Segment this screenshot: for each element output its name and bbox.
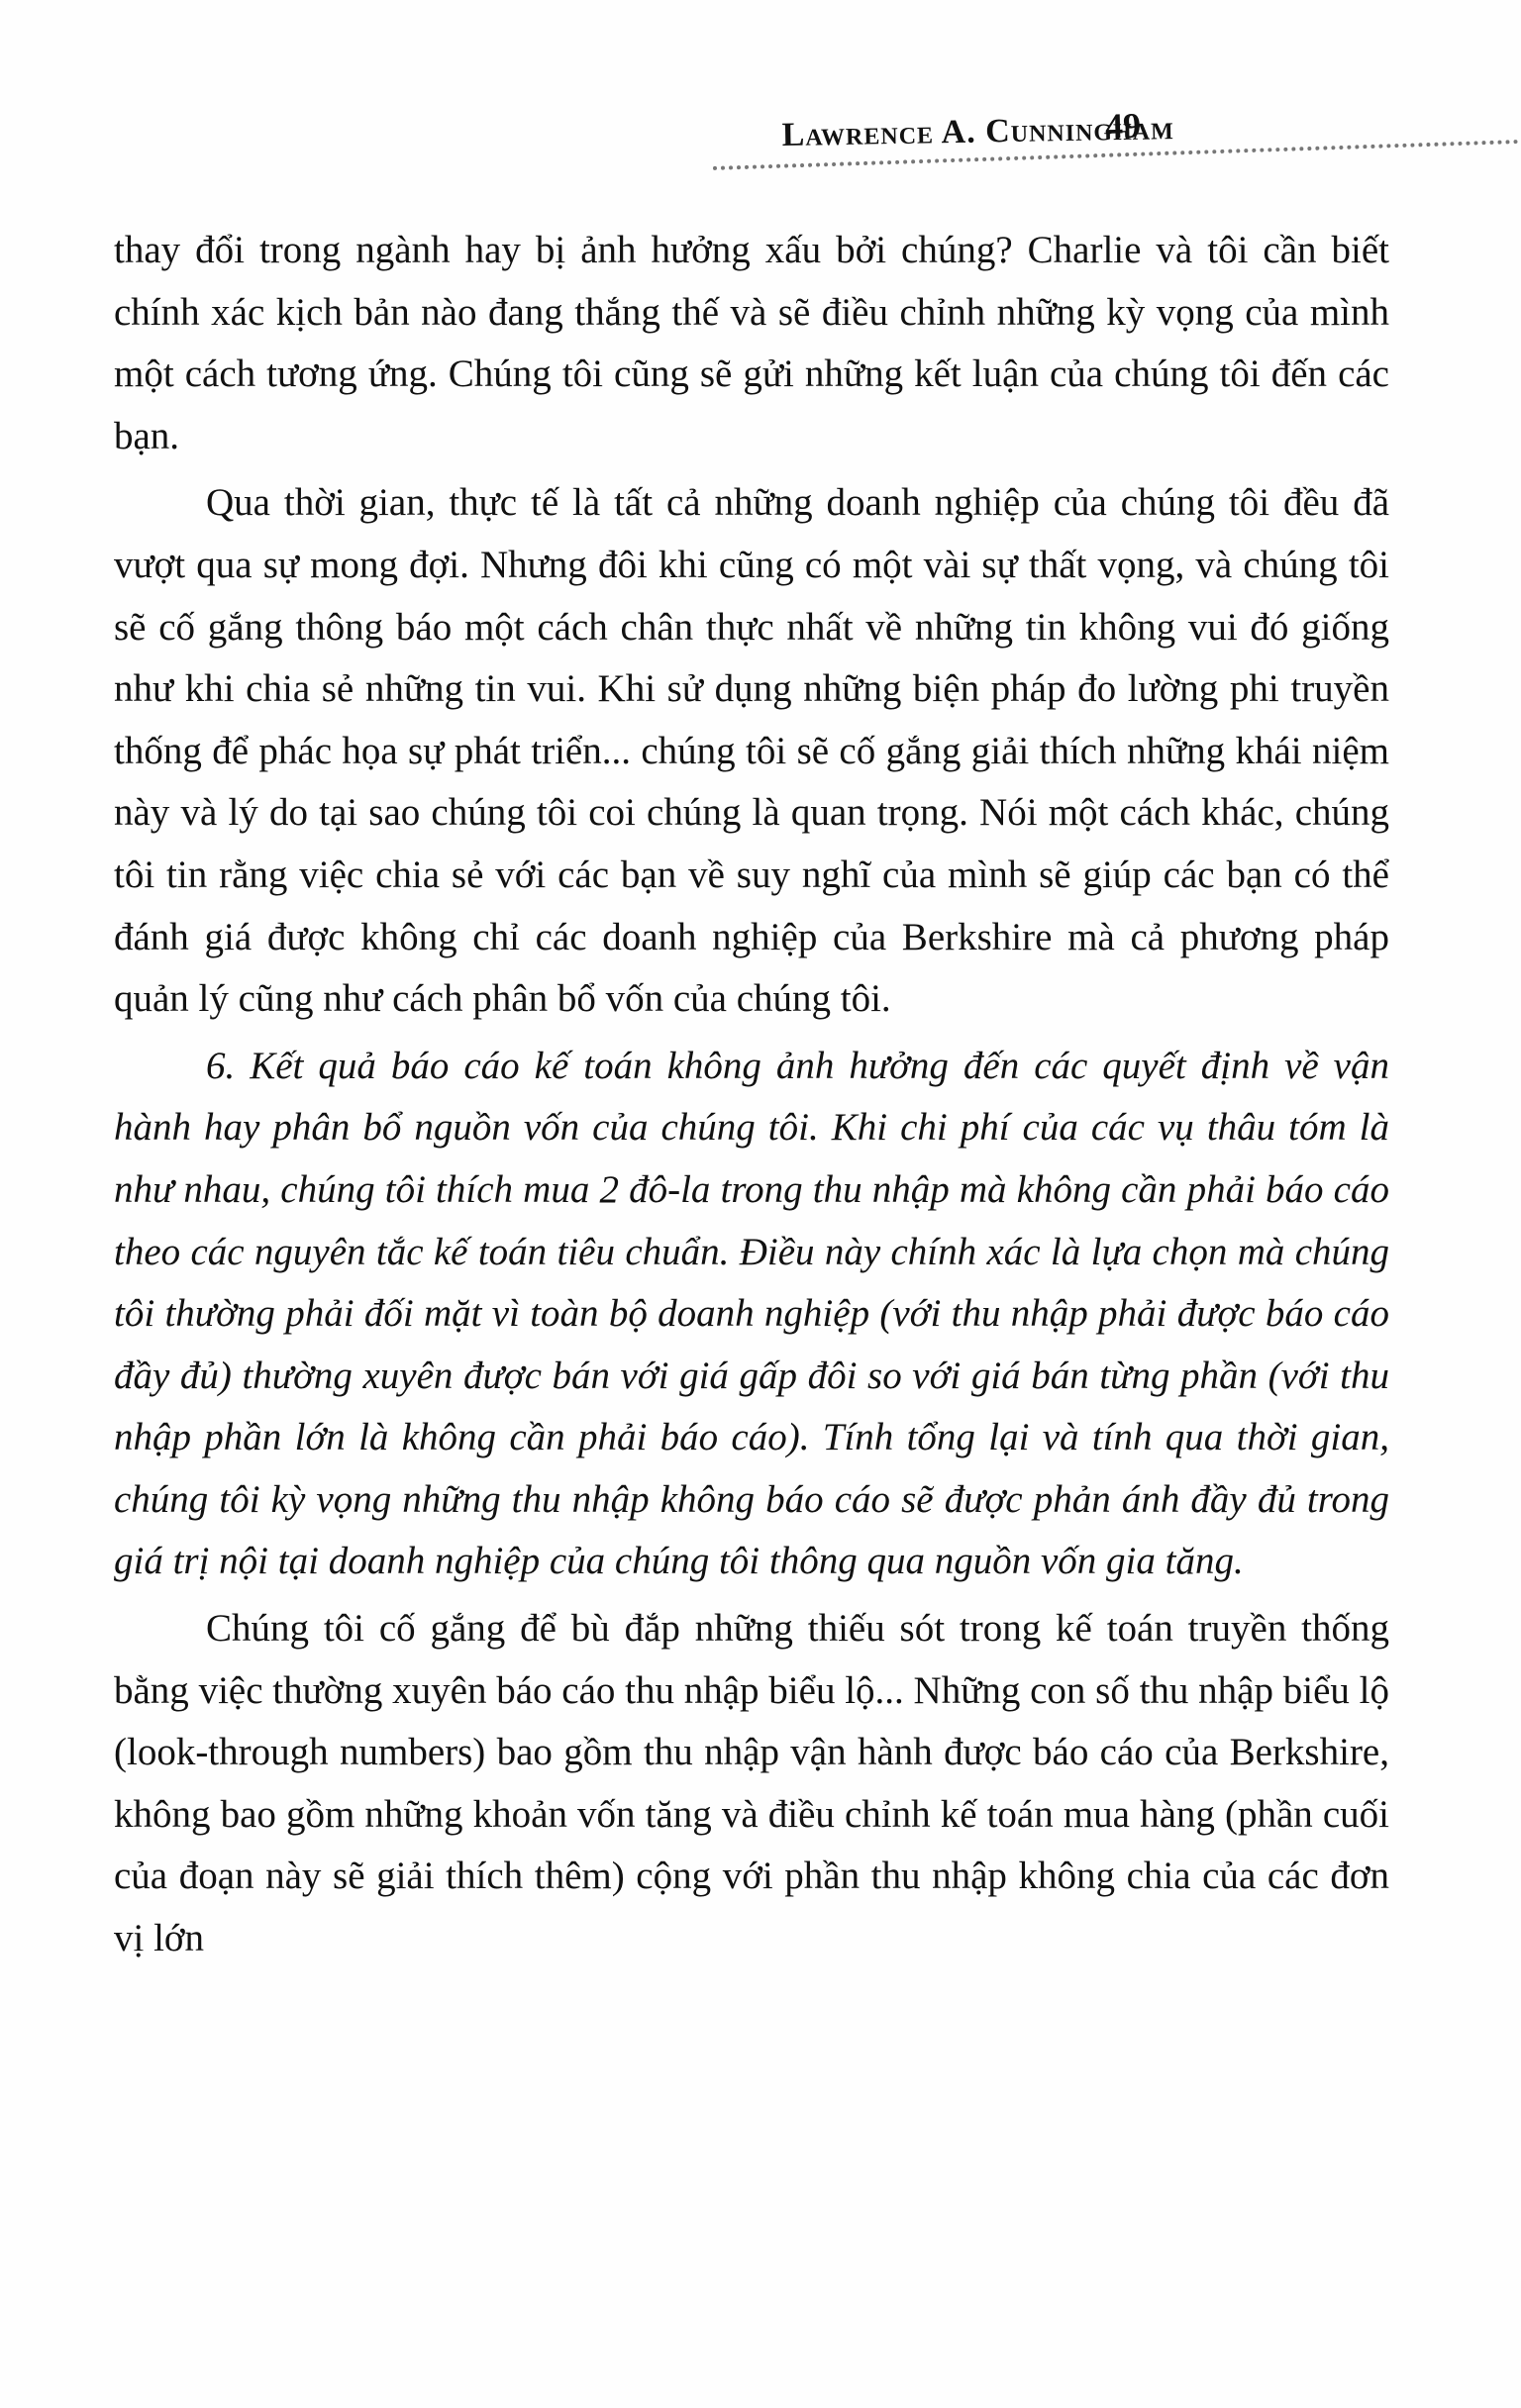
paragraph: Chúng tôi cố gắng để bù đắp những thiếu … <box>114 1598 1389 1970</box>
body-text: thay đổi trong ngành hay bị ảnh hưởng xấ… <box>114 220 1389 1970</box>
paragraph-continuation: thay đổi trong ngành hay bị ảnh hưởng xấ… <box>114 220 1389 467</box>
page-number: 49 <box>1104 105 1141 148</box>
book-page: Lawrence A. Cunningham 49 thay đổi trong… <box>0 0 1521 2408</box>
paragraph: Qua thời gian, thực tế là tất cả những d… <box>114 472 1389 1030</box>
paragraph-principle-6: 6. Kết quả báo cáo kế toán không ảnh hưở… <box>114 1036 1389 1593</box>
